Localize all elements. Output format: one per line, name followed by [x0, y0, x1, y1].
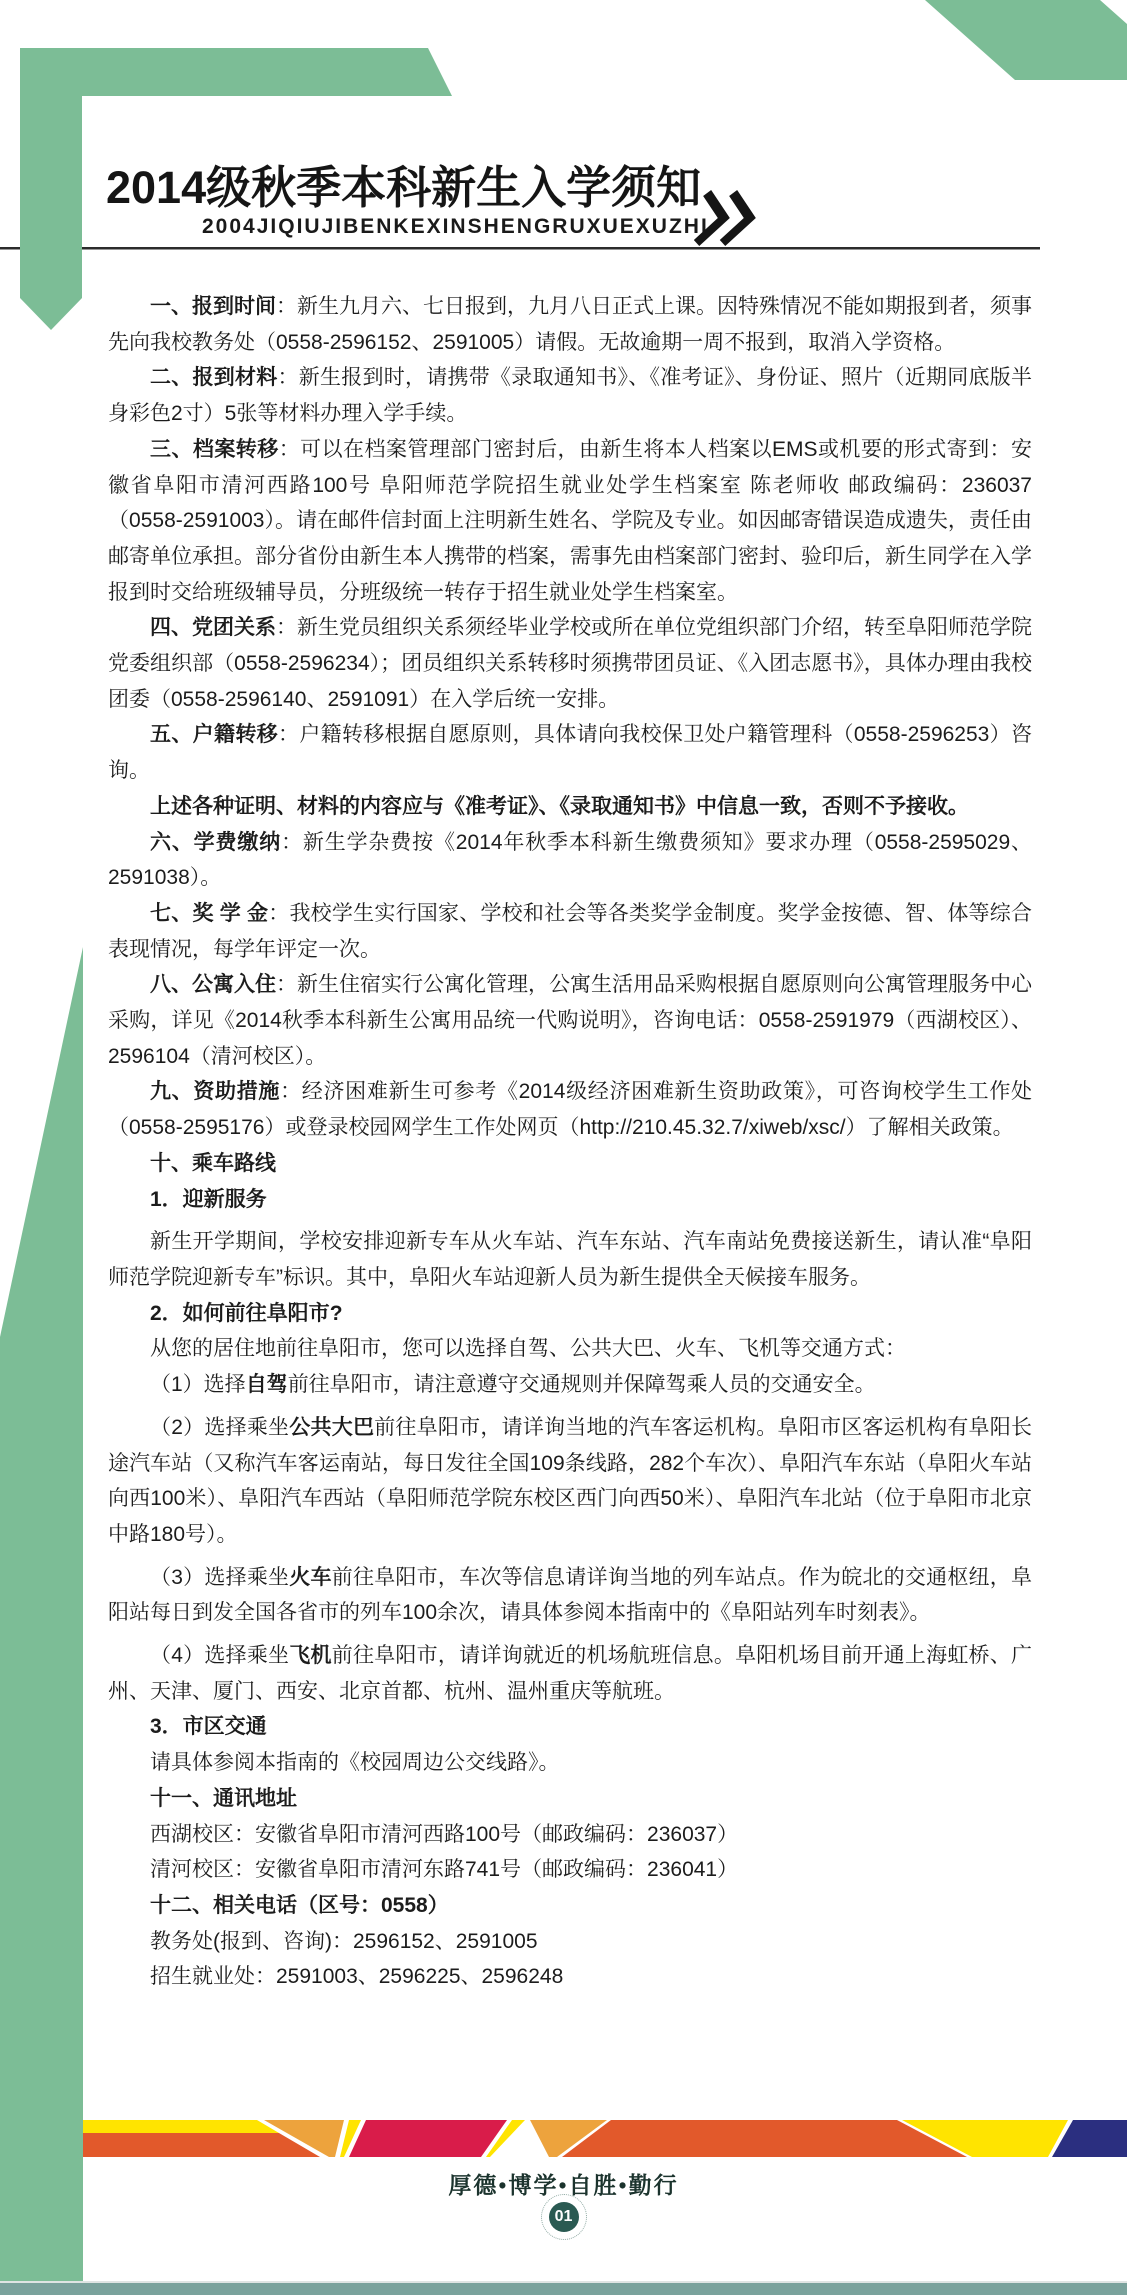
section-heading: 十、乘车路线	[108, 1146, 1032, 1182]
bottom-hairline	[0, 2281, 1127, 2283]
paragraph: 请具体参阅本指南的《校园周边公交线路》。	[108, 1745, 1032, 1781]
paragraph: （2）选择乘坐公共大巴前往阜阳市，请详询当地的汽车客运机构。阜阳市区客运机构有阜…	[108, 1410, 1032, 1553]
bottom-teal-strip	[0, 2283, 1127, 2295]
double-chevron-icon	[694, 189, 758, 247]
paragraph: 新生开学期间，学校安排迎新专车从火车站、汽车东站、汽车南站免费接送新生，请认准“…	[108, 1224, 1032, 1295]
page-subtitle: 2004JIQIUJIBENKEXINSHENGRUXUEXUZHI	[202, 215, 709, 239]
paragraph: 招生就业处：2591003、2596225、2596248	[108, 1959, 1032, 1995]
green-left-column	[20, 48, 82, 330]
section-heading: 十二、相关电话（区号：0558）	[108, 1888, 1032, 1924]
section-heading: 1．迎新服务	[108, 1182, 1032, 1218]
footer-color-band	[83, 2120, 1127, 2157]
page-number-ring: 01	[541, 2194, 587, 2240]
band-crimson-block	[349, 2120, 507, 2157]
band-orangered-block	[562, 2120, 967, 2157]
green-top-band	[20, 48, 452, 96]
paragraph: 八、公寓入住：新生住宿实行公寓化管理，公寓生活用品采购根据自愿原则向公寓管理服务…	[108, 967, 1032, 1074]
paragraph: 六、学费缴纳：新生学杂费按《2014年秋季本科新生缴费须知》要求办理（0558-…	[108, 825, 1032, 896]
paragraph: 七、奖 学 金：我校学生实行国家、学校和社会等各类奖学金制度。奖学金按德、智、体…	[108, 896, 1032, 967]
page-header: 2014级秋季本科新生入学须知 2004JIQIUJIBENKEXINSHENG…	[106, 163, 866, 247]
paragraph: 上述各种证明、材料的内容应与《准考证》、《录取通知书》中信息一致，否则不予接收。	[108, 789, 1032, 825]
paragraph: 五、户籍转移：户籍转移根据自愿原则，具体请向我校保卫处户籍管理科（0558-25…	[108, 717, 1032, 788]
page-number-badge: 01	[549, 2202, 579, 2232]
paragraph: 九、资助措施：经济困难新生可参考《2014级经济困难新生资助政策》，可咨询校学生…	[108, 1074, 1032, 1145]
paragraph: 二、报到材料：新生报到时，请携带《录取通知书》、《准考证》、身份证、照片（近期同…	[108, 360, 1032, 431]
paragraph: （1）选择自驾前往阜阳市，请注意遵守交通规则并保障驾乘人员的交通安全。	[108, 1367, 1032, 1403]
paragraph: 三、档案转移：可以在档案管理部门密封后，由新生将本人档案以EMS或机要的形式寄到…	[108, 432, 1032, 611]
band-orangered-strip	[83, 2133, 320, 2157]
paragraph: 一、报到时间：新生九月六、七日报到，九月八日正式上课。因特殊情况不能如期报到者，…	[108, 289, 1032, 360]
band-yellow-strip	[83, 2120, 279, 2133]
paragraph: （3）选择乘坐火车前往阜阳市，车次等信息请详询当地的列车站点。作为皖北的交通枢纽…	[108, 1560, 1032, 1631]
title-rule	[0, 247, 1040, 250]
section-heading: 3．市区交通	[108, 1709, 1032, 1745]
paragraph: 从您的居住地前往阜阳市，您可以选择自驾、公共大巴、火车、飞机等交通方式：	[108, 1331, 1032, 1367]
paragraph: （4）选择乘坐飞机前往阜阳市，请详询就近的机场航班信息。阜阳机场目前开通上海虹桥…	[108, 1638, 1032, 1709]
green-top-right-slab	[925, 0, 1127, 80]
document-page: 2014级秋季本科新生入学须知 2004JIQIUJIBENKEXINSHENG…	[0, 0, 1127, 2295]
section-heading: 十一、通讯地址	[108, 1781, 1032, 1817]
paragraph: 教务处(报到、咨询)：2596152、2591005	[108, 1924, 1032, 1960]
paragraph: 西湖校区：安徽省阜阳市清河西路100号（邮政编码：236037）	[108, 1817, 1032, 1853]
section-heading: 2．如何前往阜阳市?	[108, 1296, 1032, 1332]
paragraph: 清河校区：安徽省阜阳市清河东路741号（邮政编码：236041）	[108, 1852, 1032, 1888]
document-body: 一、报到时间：新生九月六、七日报到，九月八日正式上课。因特殊情况不能如期报到者，…	[108, 289, 1032, 1995]
subtitle-row: 2004JIQIUJIBENKEXINSHENGRUXUEXUZHI	[106, 213, 866, 247]
paragraph: 四、党团关系：新生党员组织关系须经毕业学校或所在单位党组织部门介绍，转至阜阳师范…	[108, 610, 1032, 717]
green-left-wedge	[0, 947, 83, 2283]
